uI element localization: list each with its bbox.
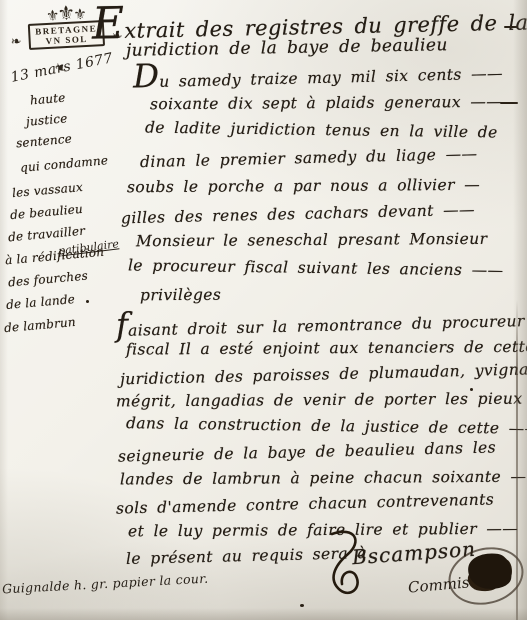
body-line: juridiction des paroisses de plumaudan, … bbox=[120, 360, 527, 389]
margin-note: les vassaux bbox=[12, 180, 84, 200]
ink-speck bbox=[504, 26, 518, 28]
body-line: fiscal Il a esté enjoint aux tenanciers … bbox=[126, 337, 527, 358]
margin-note: de la lande bbox=[6, 292, 76, 312]
footer-note: Guignalde h. gr. papier la cour. bbox=[2, 571, 209, 597]
body-line: Du samedy traize may mil six cents —— bbox=[133, 59, 503, 91]
body-line: gilles des renes des cachars devant —— bbox=[121, 201, 475, 228]
title-line: juridiction de la baye de beaulieu bbox=[126, 35, 448, 61]
margin-note: qui condamne bbox=[20, 153, 109, 175]
body-line: dinan le premier samedy du liage —— bbox=[140, 145, 478, 171]
ink-speck bbox=[500, 102, 518, 104]
body-line: seigneurie de la baye de beaulieu dans l… bbox=[118, 438, 496, 465]
margin-note: de travailler bbox=[8, 224, 86, 245]
date-note: 13 mars 1677 bbox=[9, 50, 114, 86]
page-edge-line bbox=[516, 300, 518, 620]
ink-speck bbox=[86, 300, 89, 303]
margin-note: haute bbox=[29, 90, 66, 107]
body-line: le procureur fiscal suivant les anciens … bbox=[128, 256, 504, 279]
margin-note: de lambrun bbox=[4, 315, 77, 335]
margin-note: sentence bbox=[15, 132, 72, 151]
stamp-flourish-icon: ❧ bbox=[10, 34, 22, 50]
margin-note: de beaulieu bbox=[10, 202, 84, 222]
margin-note: des fourches bbox=[8, 269, 89, 290]
ink-speck bbox=[470, 388, 473, 391]
body-line: sols d'amende contre chacun contrevenant… bbox=[116, 490, 494, 517]
manuscript-page: ⚜⚜⚜ ❧ ❧ BRETAGNE VN SOL ❧ 13 mars 1677 h… bbox=[0, 0, 527, 620]
margin-note: justice bbox=[25, 111, 68, 129]
stamp-value-label: VN SOL bbox=[36, 33, 98, 46]
body-line: dans la construction de la justice de ce… bbox=[126, 414, 527, 438]
ink-speck bbox=[300, 604, 304, 607]
body-line: soixante dix sept à plaids generaux —— bbox=[150, 93, 502, 113]
body-line: mégrit, langadias de venir de porter les… bbox=[116, 390, 523, 411]
body-line: privilèges bbox=[140, 286, 221, 305]
body-line: soubs le porche a par nous a ollivier — bbox=[127, 176, 480, 196]
body-line: faisant droit sur la remontrance du proc… bbox=[116, 307, 525, 340]
body-line: Monsieur le seneschal presant Monsieur bbox=[136, 230, 487, 250]
body-line: landes de lambrun à peine chacun soixant… bbox=[120, 468, 526, 489]
body-line: de ladite juridiction tenus en la ville … bbox=[145, 119, 498, 142]
